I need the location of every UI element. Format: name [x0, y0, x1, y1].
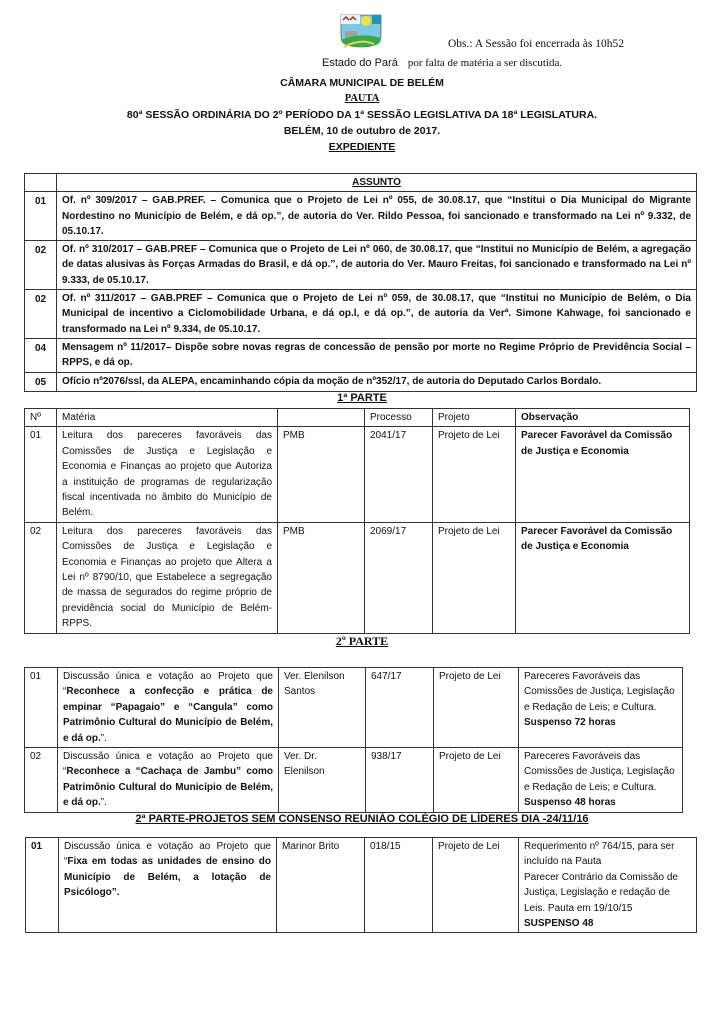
expediente-table: ASSUNTO 01 Of. nº 309/2017 – GAB.PREF. –… — [24, 173, 697, 392]
session-date: BELÉM, 10 de outubro de 2017. — [0, 125, 724, 137]
table-row: 01 Of. nº 309/2017 – GAB.PREF. – Comunic… — [25, 192, 697, 241]
parte1-table: Nº Matéria Processo Projeto Observação 0… — [24, 408, 690, 634]
table-row: 01 Leitura dos pareceres favoráveis das … — [25, 427, 690, 522]
table-row: 05 Ofício nº2076/ssl, da ALEPA, encaminh… — [25, 372, 697, 391]
table-row: 01 Discussão única e votação ao Projeto … — [25, 668, 683, 748]
state-line: Estado do Parápor falta de matéria a ser… — [322, 57, 562, 69]
chamber-name: CÂMARA MUNICIPAL DE BELÉM — [0, 77, 724, 89]
parte2-sem-consenso-table: 01 Discussão única e votação ao Projeto … — [25, 837, 697, 933]
table-row: 02 Leitura dos pareceres favoráveis das … — [25, 522, 690, 633]
pauta-title: PAUTA — [0, 93, 724, 104]
table-header-row: Nº Matéria Processo Projeto Observação — [25, 409, 690, 427]
table-header-row: ASSUNTO — [25, 174, 697, 192]
parte2-table: 01 Discussão única e votação ao Projeto … — [24, 667, 683, 813]
table-row: 04 Mensagem nº 11/2017– Dispõe sobre nov… — [25, 338, 697, 372]
table-row: 02 Of. nº 311/2017 – GAB.PREF – Comunica… — [25, 290, 697, 339]
parte1-title: 1ª PARTE — [0, 392, 724, 404]
table-row: 02 Discussão única e votação ao Projeto … — [25, 748, 683, 813]
session-closed-note-continued: por falta de matéria a ser discutida. — [408, 57, 562, 69]
table-row: 02 Of. nº 310/2017 – GAB.PREF – Comunica… — [25, 241, 697, 290]
parte2-title: 2º PARTE — [0, 634, 724, 649]
parte2-sem-consenso-title: 2ª PARTE-PROJETOS SEM CONSENSO REUNIÃO C… — [0, 813, 724, 825]
table-row: 01 Discussão única e votação ao Projeto … — [26, 838, 697, 933]
state-name: Estado do Pará — [322, 57, 398, 69]
session-title: 80ª SESSÃO ORDINÁRIA DO 2º PERÍODO DA 1ª… — [0, 109, 724, 121]
assunto-header: ASSUNTO — [57, 174, 697, 192]
coat-of-arms-icon — [340, 14, 382, 48]
session-closed-note: Obs.: A Sessão foi encerrada às 10h52 — [448, 38, 624, 50]
expediente-title: EXPEDIENTE — [0, 141, 724, 153]
